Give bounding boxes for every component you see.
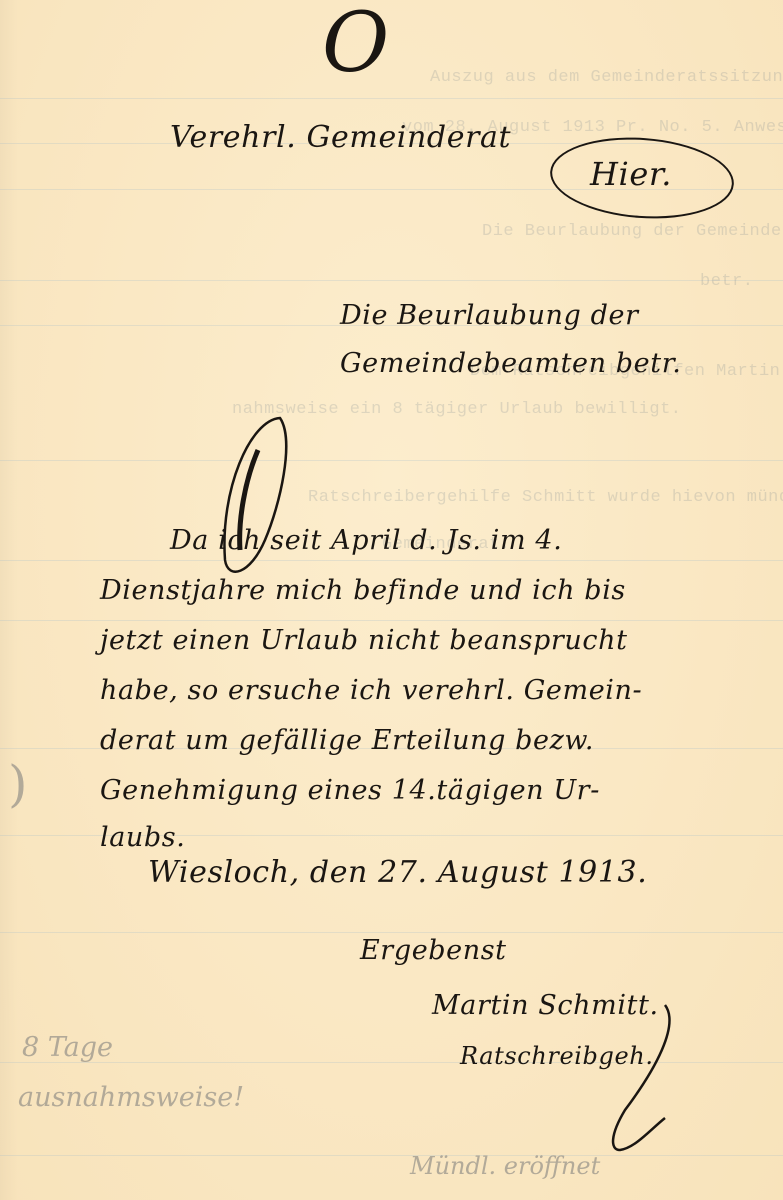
signature-flourish <box>595 1000 685 1160</box>
place-date: Wiesloch, den 27. August 1913. <box>148 855 647 890</box>
ruled-line <box>0 620 783 621</box>
body-line-2: Dienstjahre mich befinde und ich bis <box>100 575 626 606</box>
margin-mark: ) <box>8 755 28 813</box>
bleed-through-line: betr. <box>700 272 754 291</box>
pencil-note-line-1: 8 Tage <box>22 1032 113 1063</box>
subject-line-1: Die Beurlaubung der <box>340 300 639 331</box>
recipient: Verehrl. Gemeinderat <box>170 120 511 155</box>
closing-greeting: Ergebenst <box>360 935 507 966</box>
ruled-line <box>0 98 783 99</box>
body-line-1: Da ich seit April d. Js. im 4. <box>170 525 562 556</box>
ruled-line <box>0 280 783 281</box>
body-line-3: jetzt einen Urlaub nicht beansprucht <box>100 625 628 656</box>
bleed-through-line: Die Beurlaubung der Gemeindebeam <box>482 222 783 241</box>
bleed-through-line: Auszug aus dem Gemeinderatssitzungsproto… <box>430 68 783 87</box>
ruled-line <box>0 560 783 561</box>
ruled-line <box>0 932 783 933</box>
body-line-6: Genehmigung eines 14.tägigen Ur- <box>100 775 600 806</box>
body-line-5: derat um gefällige Erteilung bezw. <box>100 725 594 756</box>
ruled-line <box>0 460 783 461</box>
pencil-note-line-2: ausnahmsweise! <box>18 1082 244 1113</box>
pencil-note-bottom: Mündl. eröffnet <box>410 1152 600 1180</box>
body-line-7: laubs. <box>100 822 185 853</box>
location: Hier. <box>590 155 672 193</box>
body-line-4: habe, so ersuche ich verehrl. Gemein- <box>100 675 642 706</box>
subject-line-2: Gemeindebeamten betr. <box>340 348 681 379</box>
decorative-initial-flourish <box>210 410 300 590</box>
bleed-through-line: Ratschreibergehilfe Schmitt wurde hievon… <box>308 488 783 507</box>
